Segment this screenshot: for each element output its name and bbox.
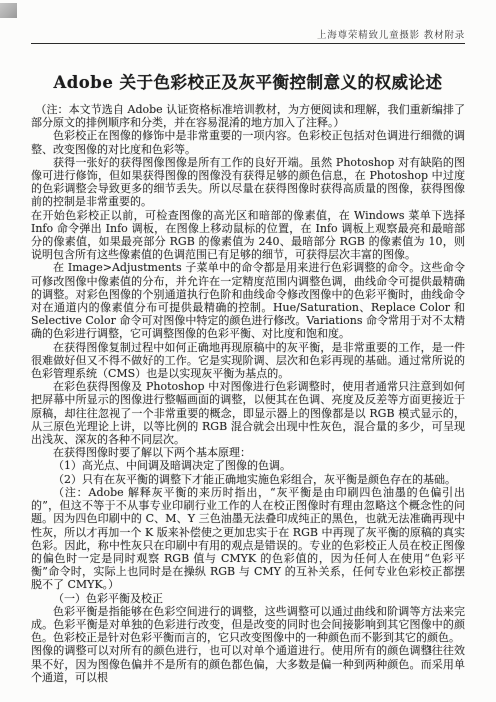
body-paragraph: 获得一张好的获得图像图像是所有工作的良好开端。虽然 Photoshop 对有缺陷… xyxy=(31,156,465,209)
body-paragraph: 图像的调整可以对所有的颜色进行，也可以对单个通道进行。使用所有的颜色调整往往效果… xyxy=(31,644,465,684)
body-paragraph: 在彩色获得图像及 Photoshop 中对图像进行色彩调整时，使用者通常只注意到… xyxy=(31,380,465,446)
body-paragraph: 在 Image>Adjustments 子菜单中的命令都是用来进行色彩调整的命令… xyxy=(31,261,465,340)
page-header: 上海尊荣精致儿童摄影 教材附录 xyxy=(31,27,465,41)
principles-lead: 在获得图像时要了解以下两个基本原理： xyxy=(31,446,465,459)
scan-artifact xyxy=(0,3,17,18)
note-paragraph-intro: （注：本文节选自 Adobe 认证资格标准培训教材，为方便阅读和理解，我们重新编… xyxy=(31,103,465,129)
header-rule xyxy=(31,43,465,44)
list-item-1: （1）高光点、中间调及暗调决定了图像的色调。 xyxy=(31,459,465,472)
note-paragraph-gray-balance: （注：Adobe 解释灰平衡的来历时指出，“灰平衡是由印刷四色油墨的色偏引出的”… xyxy=(31,486,465,592)
section-heading: （一）色彩平衡及校正 xyxy=(31,592,465,605)
body-paragraph: 在开始色彩校正以前，可检查图像的高光区和暗部的像素值，在 Windows 菜单下… xyxy=(31,209,465,262)
body-paragraph: 色彩平衡是指能够在色彩空间进行的调整，这些调整可以通过曲线和阶调等方法来完成。色… xyxy=(31,605,465,645)
body-paragraph: 在获得图像复制过程中如何正确地再现原稿中的灰平衡，是非常重要的工作，是一件很难做… xyxy=(31,341,465,381)
header-text: 上海尊荣精致儿童摄影 教材附录 xyxy=(317,30,465,41)
page-number: 1 xyxy=(427,645,433,656)
body-paragraph: 色彩校正在图像的修饰中是非常重要的一项内容。色彩校正包括对色调进行细微的调整、改… xyxy=(31,129,465,155)
document-body: （注：本文节选自 Adobe 认证资格标准培训教材，为方便阅读和理解，我们重新编… xyxy=(31,103,465,684)
document-title: Adobe 关于色彩校正及灰平衡控制意义的权威论述 xyxy=(31,69,465,93)
document-page: 上海尊荣精致儿童摄影 教材附录 Adobe 关于色彩校正及灰平衡控制意义的权威论… xyxy=(0,0,496,702)
list-item-2: （2）只有在灰平衡的调整下才能正确地实施色彩组合，灰平衡是颜色存在的基础。 xyxy=(31,473,465,486)
